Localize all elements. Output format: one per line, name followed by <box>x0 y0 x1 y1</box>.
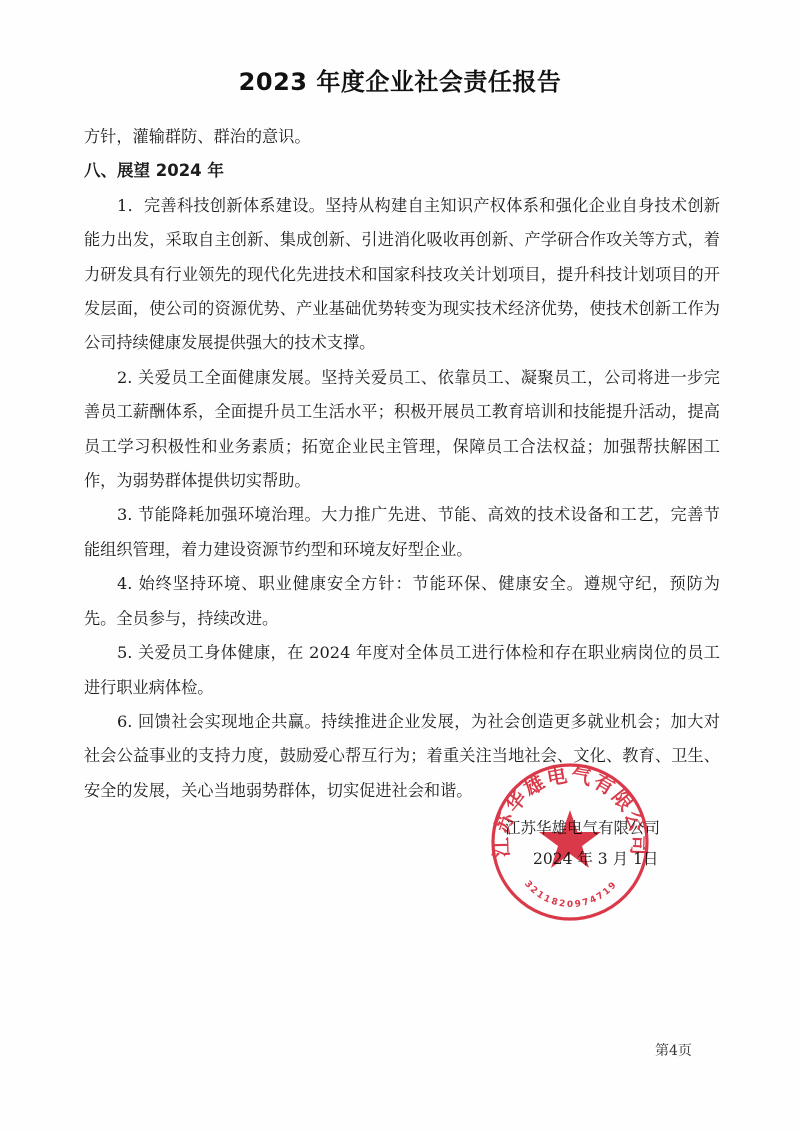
document-body: 方针，灌输群防、群治的意识。 八、展望 2024 年 1．完善科技创新体系建设。… <box>84 120 720 808</box>
svg-text:3211820974719: 3211820974719 <box>522 879 620 910</box>
list-item: 5. 关爱员工身体健康，在 2024 年度对全体员工进行体检和存在职业病岗位的员… <box>84 636 720 705</box>
document-title: 2023 年度企业社会责任报告 <box>0 62 800 97</box>
list-item: 2. 关爱员工全面健康发展。坚持关爱员工、依靠员工、凝聚员工，公司将进一步完善员… <box>84 361 720 499</box>
list-item: 3. 节能降耗加强环境治理。大力推广先进、节能、高效的技术设备和工艺，完善节能组… <box>84 498 720 567</box>
company-seal: 江苏华雄电气有限公司 3211820974719 <box>488 760 652 924</box>
seal-serial: 3211820974719 <box>522 879 620 910</box>
list-item: 1．完善科技创新体系建设。坚持从构建自主知识产权体系和强化企业自身技术创新能力出… <box>84 189 720 361</box>
list-item: 4. 始终坚持环境、职业健康安全方针：节能环保、健康安全。遵规守纪，预防为先。全… <box>84 567 720 636</box>
star-icon <box>539 810 601 868</box>
page-number: 第4页 <box>655 1040 692 1060</box>
continuation-paragraph: 方针，灌输群防、群治的意识。 <box>84 120 720 154</box>
section-heading: 八、展望 2024 年 <box>84 154 720 188</box>
document-page: 2023 年度企业社会责任报告 方针，灌输群防、群治的意识。 八、展望 2024… <box>0 0 800 1131</box>
